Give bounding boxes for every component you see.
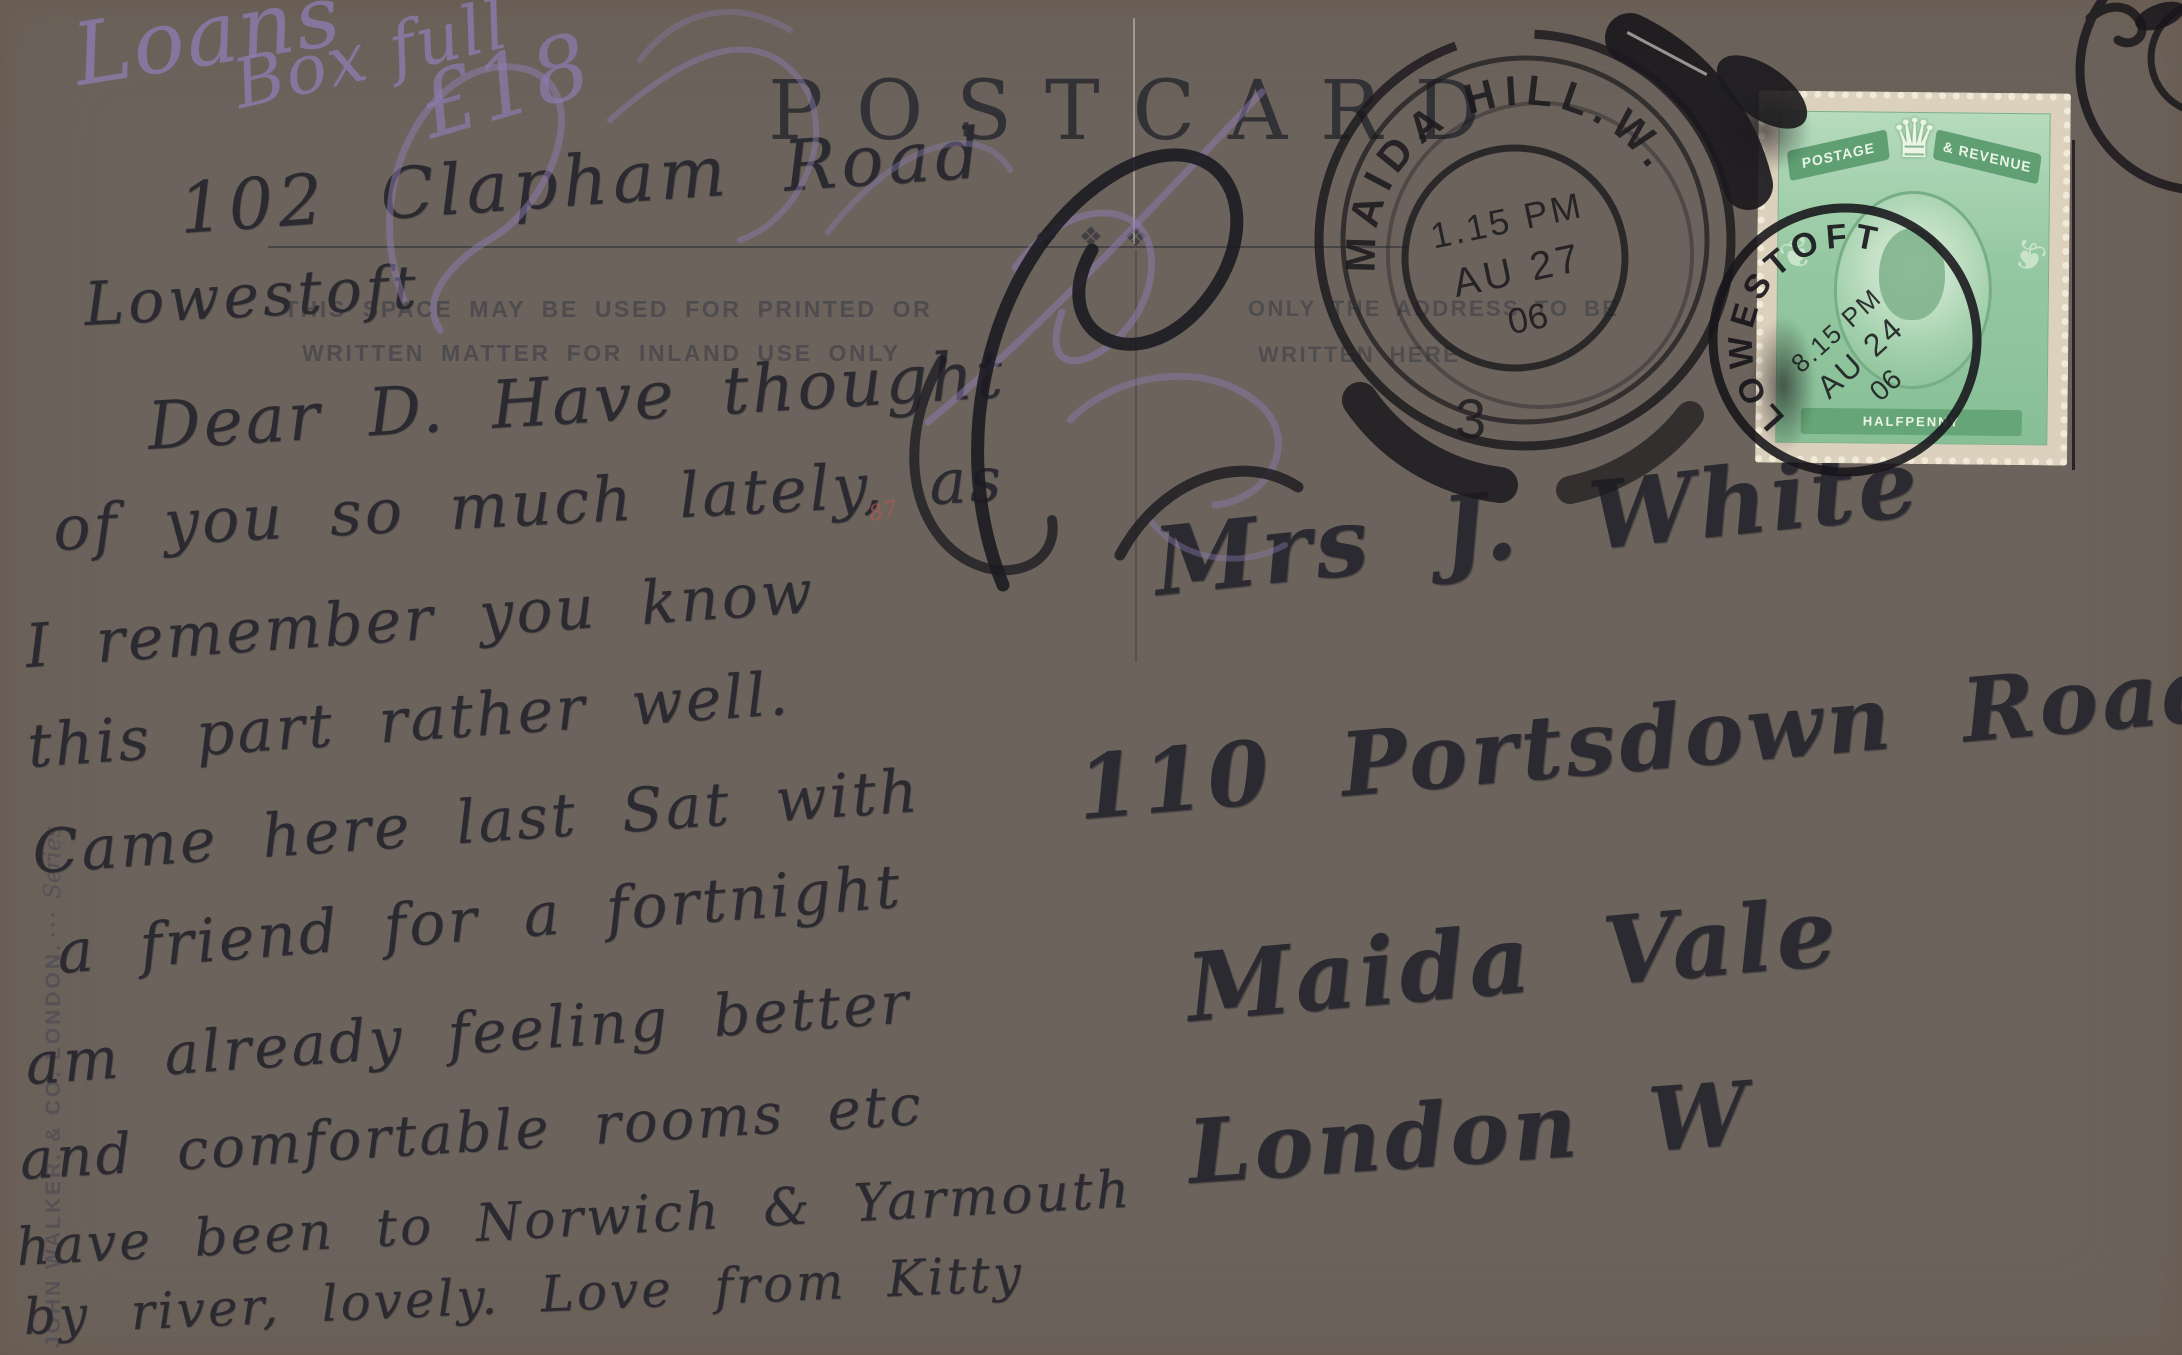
postcard-back: POSTCARD ❖ ❖ ❖ THIS SPACE MAY BE USED FO… bbox=[0, 0, 2182, 1355]
pencil-scribbles bbox=[390, 12, 1285, 559]
scribble-overlay bbox=[0, 0, 2182, 1355]
ink-flourishes bbox=[914, 155, 1298, 585]
